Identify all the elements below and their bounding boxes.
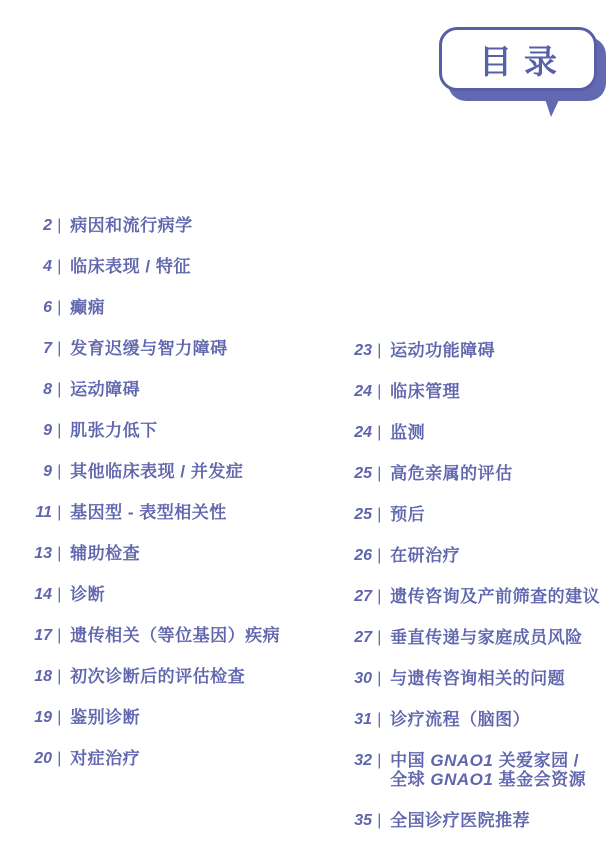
entry-separator: | xyxy=(57,708,61,727)
toc-entry: 31 | 诊疗流程（脑图） xyxy=(346,710,600,729)
entry-separator: | xyxy=(57,626,61,645)
entry-page-number: 14 xyxy=(26,585,52,604)
entry-separator: | xyxy=(57,257,61,276)
entry-label: 与遗传咨询相关的问题 xyxy=(390,669,565,688)
entry-separator: | xyxy=(57,298,61,317)
toc-entry: 9 | 其他临床表现 / 并发症 xyxy=(26,462,280,481)
entry-separator: | xyxy=(377,382,381,401)
entry-separator: | xyxy=(57,585,61,604)
toc-entry: 17 | 遗传相关（等位基因）疾病 xyxy=(26,626,280,645)
entry-label: 发育迟缓与智力障碍 xyxy=(70,339,228,358)
toc-column-left: 2 | 病因和流行病学 4 | 临床表现 / 特征 6 | 癫痫 7 | 发育迟… xyxy=(26,216,280,768)
toc-entry: 14 | 诊断 xyxy=(26,585,280,604)
entry-label: 运动障碍 xyxy=(70,380,140,399)
entry-label: 其他临床表现 / 并发症 xyxy=(70,462,243,481)
bubble-tail-icon xyxy=(541,87,565,117)
toc-entry: 4 | 临床表现 / 特征 xyxy=(26,257,280,276)
entry-page-number: 9 xyxy=(26,421,52,440)
entry-page-number: 26 xyxy=(346,546,372,565)
entry-page-number: 31 xyxy=(346,710,372,729)
entry-page-number: 7 xyxy=(26,339,52,358)
entry-separator: | xyxy=(377,751,381,770)
toc-entry: 8 | 运动障碍 xyxy=(26,380,280,399)
entry-separator: | xyxy=(377,669,381,688)
toc-entry: 20 | 对症治疗 xyxy=(26,749,280,768)
entry-label: 监测 xyxy=(390,423,425,442)
entry-separator: | xyxy=(57,339,61,358)
toc-entry: 30 | 与遗传咨询相关的问题 xyxy=(346,669,600,688)
entry-separator: | xyxy=(377,464,381,483)
toc-entry: 18 | 初次诊断后的评估检查 xyxy=(26,667,280,686)
entry-separator: | xyxy=(377,587,381,606)
entry-separator: | xyxy=(57,667,61,686)
entry-page-number: 11 xyxy=(26,503,52,522)
entry-label: 初次诊断后的评估检查 xyxy=(70,667,245,686)
entry-page-number: 27 xyxy=(346,587,372,606)
entry-label: 中国 GNAO1 关爱家园 / 全球 GNAO1 基金会资源 xyxy=(390,751,586,789)
entry-separator: | xyxy=(57,462,61,481)
entry-label: 遗传相关（等位基因）疾病 xyxy=(70,626,280,645)
entry-separator: | xyxy=(377,505,381,524)
toc-entry: 26 | 在研治疗 xyxy=(346,546,600,565)
entry-label: 全国诊疗医院推荐 xyxy=(390,811,530,830)
entry-page-number: 19 xyxy=(26,708,52,727)
entry-label: 基因型 - 表型相关性 xyxy=(70,503,227,522)
entry-separator: | xyxy=(57,421,61,440)
entry-separator: | xyxy=(377,628,381,647)
toc-entry: 6 | 癫痫 xyxy=(26,298,280,317)
entry-page-number: 2 xyxy=(26,216,52,235)
page-title: 目录 xyxy=(467,36,569,83)
toc-entry: 13 | 辅助检查 xyxy=(26,544,280,563)
entry-label: 遗传咨询及产前筛查的建议 xyxy=(390,587,600,606)
toc-entry: 23 | 运动功能障碍 xyxy=(346,341,600,360)
entry-page-number: 35 xyxy=(346,811,372,830)
entry-page-number: 8 xyxy=(26,380,52,399)
toc-column-right: 23 | 运动功能障碍 24 | 临床管理 24 | 监测 25 | 高危亲属的… xyxy=(346,341,600,830)
entry-page-number: 18 xyxy=(26,667,52,686)
entry-label: 运动功能障碍 xyxy=(390,341,495,360)
title-bubble: 目录 xyxy=(439,27,615,122)
entry-page-number: 24 xyxy=(346,423,372,442)
entry-separator: | xyxy=(377,710,381,729)
entry-label: 鉴别诊断 xyxy=(70,708,140,727)
entry-page-number: 27 xyxy=(346,628,372,647)
entry-label: 肌张力低下 xyxy=(70,421,158,440)
entry-page-number: 20 xyxy=(26,749,52,768)
toc-page: 目录 2 | 病因和流行病学 4 | 临床表现 / 特征 6 | 癫痫 7 | … xyxy=(0,0,615,853)
toc-entry: 24 | 监测 xyxy=(346,423,600,442)
toc-entry: 19 | 鉴别诊断 xyxy=(26,708,280,727)
entry-page-number: 24 xyxy=(346,382,372,401)
toc-entry: 35 | 全国诊疗医院推荐 xyxy=(346,811,600,830)
entry-separator: | xyxy=(57,503,61,522)
entry-separator: | xyxy=(377,546,381,565)
toc-entry: 9 | 肌张力低下 xyxy=(26,421,280,440)
entry-label: 临床管理 xyxy=(390,382,460,401)
toc-entry: 7 | 发育迟缓与智力障碍 xyxy=(26,339,280,358)
entry-separator: | xyxy=(377,423,381,442)
toc-entry: 25 | 高危亲属的评估 xyxy=(346,464,600,483)
entry-separator: | xyxy=(57,749,61,768)
entry-page-number: 6 xyxy=(26,298,52,317)
entry-separator: | xyxy=(57,544,61,563)
entry-page-number: 25 xyxy=(346,505,372,524)
entry-label: 临床表现 / 特征 xyxy=(70,257,191,276)
toc-entry: 2 | 病因和流行病学 xyxy=(26,216,280,235)
entry-page-number: 17 xyxy=(26,626,52,645)
entry-label: 病因和流行病学 xyxy=(70,216,193,235)
entry-separator: | xyxy=(57,216,61,235)
entry-label: 在研治疗 xyxy=(390,546,460,565)
entry-page-number: 25 xyxy=(346,464,372,483)
entry-label: 高危亲属的评估 xyxy=(390,464,513,483)
entry-page-number: 13 xyxy=(26,544,52,563)
toc-entry: 24 | 临床管理 xyxy=(346,382,600,401)
bubble-box: 目录 xyxy=(439,27,597,91)
entry-label: 辅助检查 xyxy=(70,544,140,563)
toc-entry: 25 | 预后 xyxy=(346,505,600,524)
toc-entry: 27 | 垂直传递与家庭成员风险 xyxy=(346,628,600,647)
toc-entry: 11 | 基因型 - 表型相关性 xyxy=(26,503,280,522)
entry-label: 预后 xyxy=(390,505,425,524)
entry-page-number: 23 xyxy=(346,341,372,360)
toc-entry: 32 | 中国 GNAO1 关爱家园 / 全球 GNAO1 基金会资源 xyxy=(346,751,600,789)
entry-page-number: 32 xyxy=(346,751,372,770)
entry-label: 对症治疗 xyxy=(70,749,140,768)
entry-page-number: 30 xyxy=(346,669,372,688)
entry-page-number: 9 xyxy=(26,462,52,481)
entry-separator: | xyxy=(377,341,381,360)
entry-page-number: 4 xyxy=(26,257,52,276)
entry-label: 诊疗流程（脑图） xyxy=(390,710,530,729)
entry-label: 诊断 xyxy=(70,585,105,604)
toc-entry: 27 | 遗传咨询及产前筛查的建议 xyxy=(346,587,600,606)
entry-separator: | xyxy=(57,380,61,399)
entry-label: 癫痫 xyxy=(70,298,105,317)
entry-label: 垂直传递与家庭成员风险 xyxy=(390,628,583,647)
entry-separator: | xyxy=(377,811,381,830)
